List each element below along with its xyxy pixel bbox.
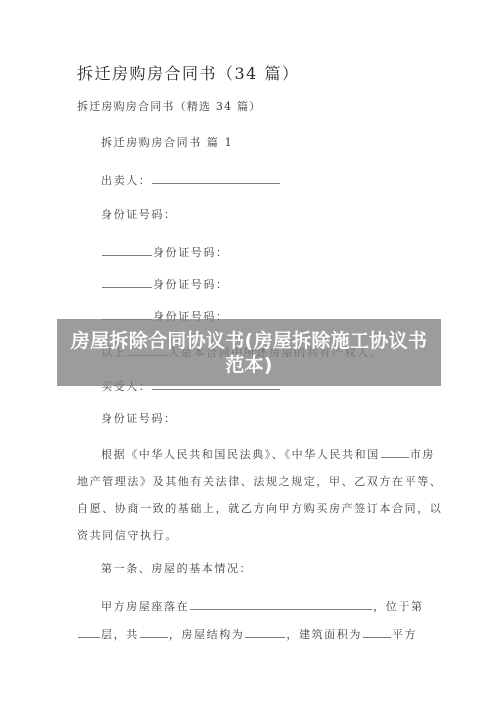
co-owner-id-line-2: 身份证号码： [101,276,229,292]
title-overlay-banner: 房屋拆除合同协议书(房屋拆除施工协议书范本) [57,319,441,386]
co-owner-id-line-1: 身份证号码： [101,244,229,260]
co-owner-id-label: 身份证号码： [153,278,229,291]
document-subtitle: 拆迁房购房合同书（精选 34 篇） [77,100,261,114]
article-1-line-2: 层，共，房屋结构为，建筑面积为平方 [77,626,417,642]
seller-label: 出卖人： [101,174,151,187]
co-owner-name-blank [102,244,152,256]
seller-id-label: 身份证号码： [101,208,177,222]
text: 平方 [392,628,417,641]
paragraph-1-line-1: 根据《中华人民共和国民法典》、《中华人民共和国市房 [101,446,435,462]
floor-blank [78,626,100,638]
city-blank [381,446,409,458]
structure-blank [245,626,285,638]
co-owner-name-blank [102,276,152,288]
seller-blank [152,172,280,184]
total-floors-blank [140,626,168,638]
text: 根据《中华人民共和国民法典》、《中华人民共和国 [101,448,380,461]
text: 市房 [410,448,435,461]
location-blank [190,598,372,610]
section-heading: 拆迁房购房合同书 篇 1 [101,136,233,150]
paragraph-1-line-3: 自愿、协商一致的基础上，就乙方向甲方购买房产签订本合同，以 [77,502,442,516]
text: ，房屋结构为 [169,628,245,641]
area-blank [363,626,391,638]
text: ，建筑面积为 [286,628,362,641]
article-1-line-1: 甲方房屋座落在，位于第 [101,598,424,614]
text: 甲方房屋座落在 [101,600,189,613]
co-owner-id-label: 身份证号码： [153,246,229,259]
seller-line: 出卖人： [101,172,281,188]
overlay-caption: 房屋拆除合同协议书(房屋拆除施工协议书范本) [64,329,434,377]
document-title: 拆迁房购房合同书（34 篇） [77,64,299,84]
text: ，位于第 [373,600,423,613]
paragraph-1-line-2: 地产管理法》及其他有关法律、法规之规定，甲、乙双方在平等、 [77,475,442,489]
buyer-id-label: 身份证号码： [101,412,177,426]
paragraph-1-line-4: 资共同信守执行。 [77,529,178,543]
article-1-heading: 第一条、房屋的基本情况： [101,562,252,576]
text: 层，共 [101,628,139,641]
